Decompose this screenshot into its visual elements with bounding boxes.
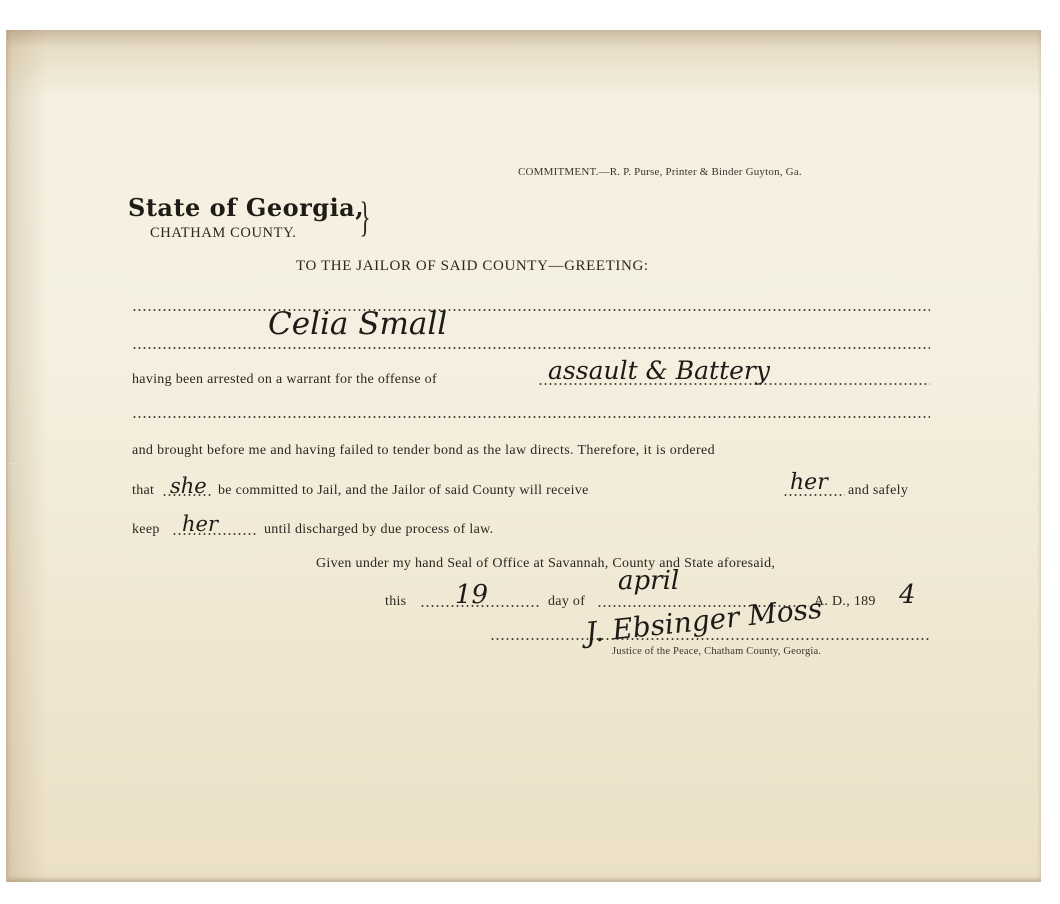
committed-text: be committed to Jail, and the Jailor of … (218, 483, 589, 499)
year-digit-handwritten: 4 (899, 580, 916, 610)
county-heading: CHATHAM COUNTY. (150, 225, 297, 242)
prisoner-name-handwritten: Celia Small (268, 306, 447, 342)
signature-fill-line (490, 638, 930, 640)
printer-line: COMMITMENT.—R. P. Purse, Printer & Binde… (518, 166, 802, 178)
keep-label: keep (132, 522, 160, 538)
fill-line-2 (132, 347, 930, 349)
month-handwritden: april (618, 566, 679, 596)
day-of-label: day of (548, 594, 585, 610)
jp-caption: Justice of the Peace, Chatham County, Ge… (612, 646, 821, 657)
fill-line-3 (132, 416, 930, 418)
this-label: this (385, 594, 406, 610)
brought-text: and brought before me and having failed … (132, 443, 715, 459)
pronoun-her-handwritten-1: her (790, 470, 828, 495)
pronoun-her-handwritten-2: her (182, 512, 218, 536)
fill-line-1 (132, 309, 930, 311)
greeting-heading: TO THE JAILOR OF SAID COUNTY—GREETING: (296, 258, 649, 275)
day-handwritten: 19 (455, 580, 488, 610)
safely-text: and safely (848, 483, 908, 499)
that-label: that (132, 483, 154, 499)
pronoun-she-handwritten: she (170, 474, 207, 498)
ad-label: A. D., 189 (814, 594, 876, 610)
offense-handwritten: assault & Battery (548, 356, 770, 385)
state-heading: State of Georgia, (128, 193, 364, 222)
arrest-text: having been arrested on a warrant for th… (132, 372, 437, 388)
brace-glyph: } (360, 194, 371, 242)
given-text: Given under my hand Seal of Office at Sa… (316, 556, 775, 572)
discharged-text: until discharged by due process of law. (264, 522, 493, 538)
